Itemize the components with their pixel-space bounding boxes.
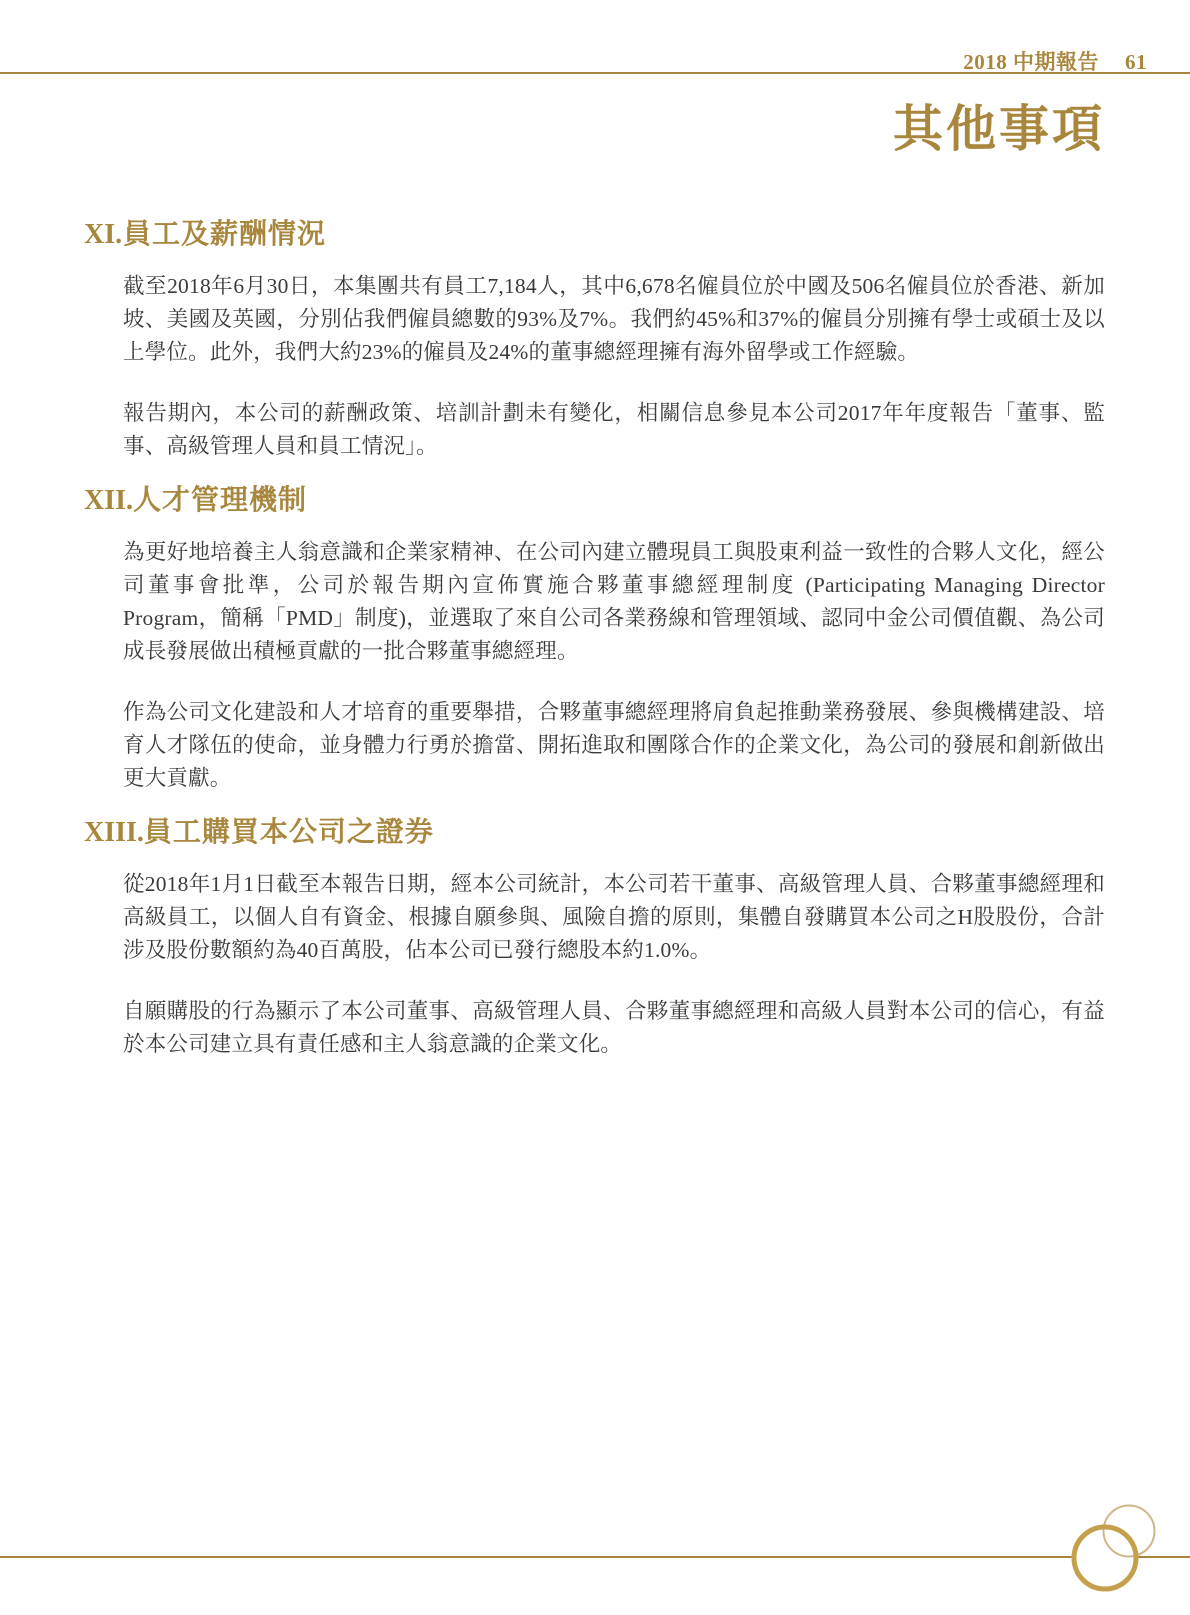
footer-circles-decoration (1058, 1492, 1190, 1608)
report-page: { "header": { "report_title": "2018 中期報告… (0, 0, 1190, 1615)
section-heading: XIII. 員工購買本公司之證券 (84, 816, 1105, 850)
page-number: 61 (1125, 50, 1147, 74)
paragraph: 為更好地培養主人翁意識和企業家精神、在公司內建立體現員工與股東利益一致性的合夥人… (123, 536, 1105, 668)
section-heading: XII. 人才管理機制 (84, 484, 1105, 518)
section-employees-remuneration: XI. 員工及薪酬情況 截至2018年6月30日，本集團共有員工7,184人，其… (84, 218, 1105, 463)
section-heading-text: 人才管理機制 (133, 484, 307, 518)
section-numeral: XIII. (84, 816, 144, 850)
section-employee-share-purchase: XIII. 員工購買本公司之證券 從2018年1月1日截至本報告日期，經本公司統… (84, 816, 1105, 1061)
paragraph: 自願購股的行為顯示了本公司董事、高級管理人員、合夥董事總經理和高級人員對本公司的… (123, 995, 1105, 1061)
section-talent-management: XII. 人才管理機制 為更好地培養主人翁意識和企業家精神、在公司內建立體現員工… (84, 484, 1105, 795)
report-title: 2018 中期報告 (963, 50, 1099, 74)
paragraph: 截至2018年6月30日，本集團共有員工7,184人，其中6,678名僱員位於中… (123, 270, 1105, 369)
section-heading-text: 員工購買本公司之證券 (144, 816, 434, 850)
section-heading-text: 員工及薪酬情況 (123, 218, 326, 252)
paragraph: 從2018年1月1日截至本報告日期，經本公司統計，本公司若干董事、高級管理人員、… (123, 868, 1105, 967)
paragraph: 報告期內，本公司的薪酬政策、培訓計劃未有變化，相關信息參見本公司2017年年度報… (123, 397, 1105, 463)
header-rule (0, 72, 1190, 74)
footer-rule (0, 1556, 1190, 1558)
paragraph: 作為公司文化建設和人才培育的重要舉措，合夥董事總經理將肩負起推動業務發展、參與機… (123, 696, 1105, 795)
document-body: XI. 員工及薪酬情況 截至2018年6月30日，本集團共有員工7,184人，其… (84, 218, 1105, 1061)
page-title: 其他事項 (893, 100, 1105, 158)
section-numeral: XI. (84, 218, 123, 252)
section-numeral: XII. (84, 484, 133, 518)
section-heading: XI. 員工及薪酬情況 (84, 218, 1105, 252)
